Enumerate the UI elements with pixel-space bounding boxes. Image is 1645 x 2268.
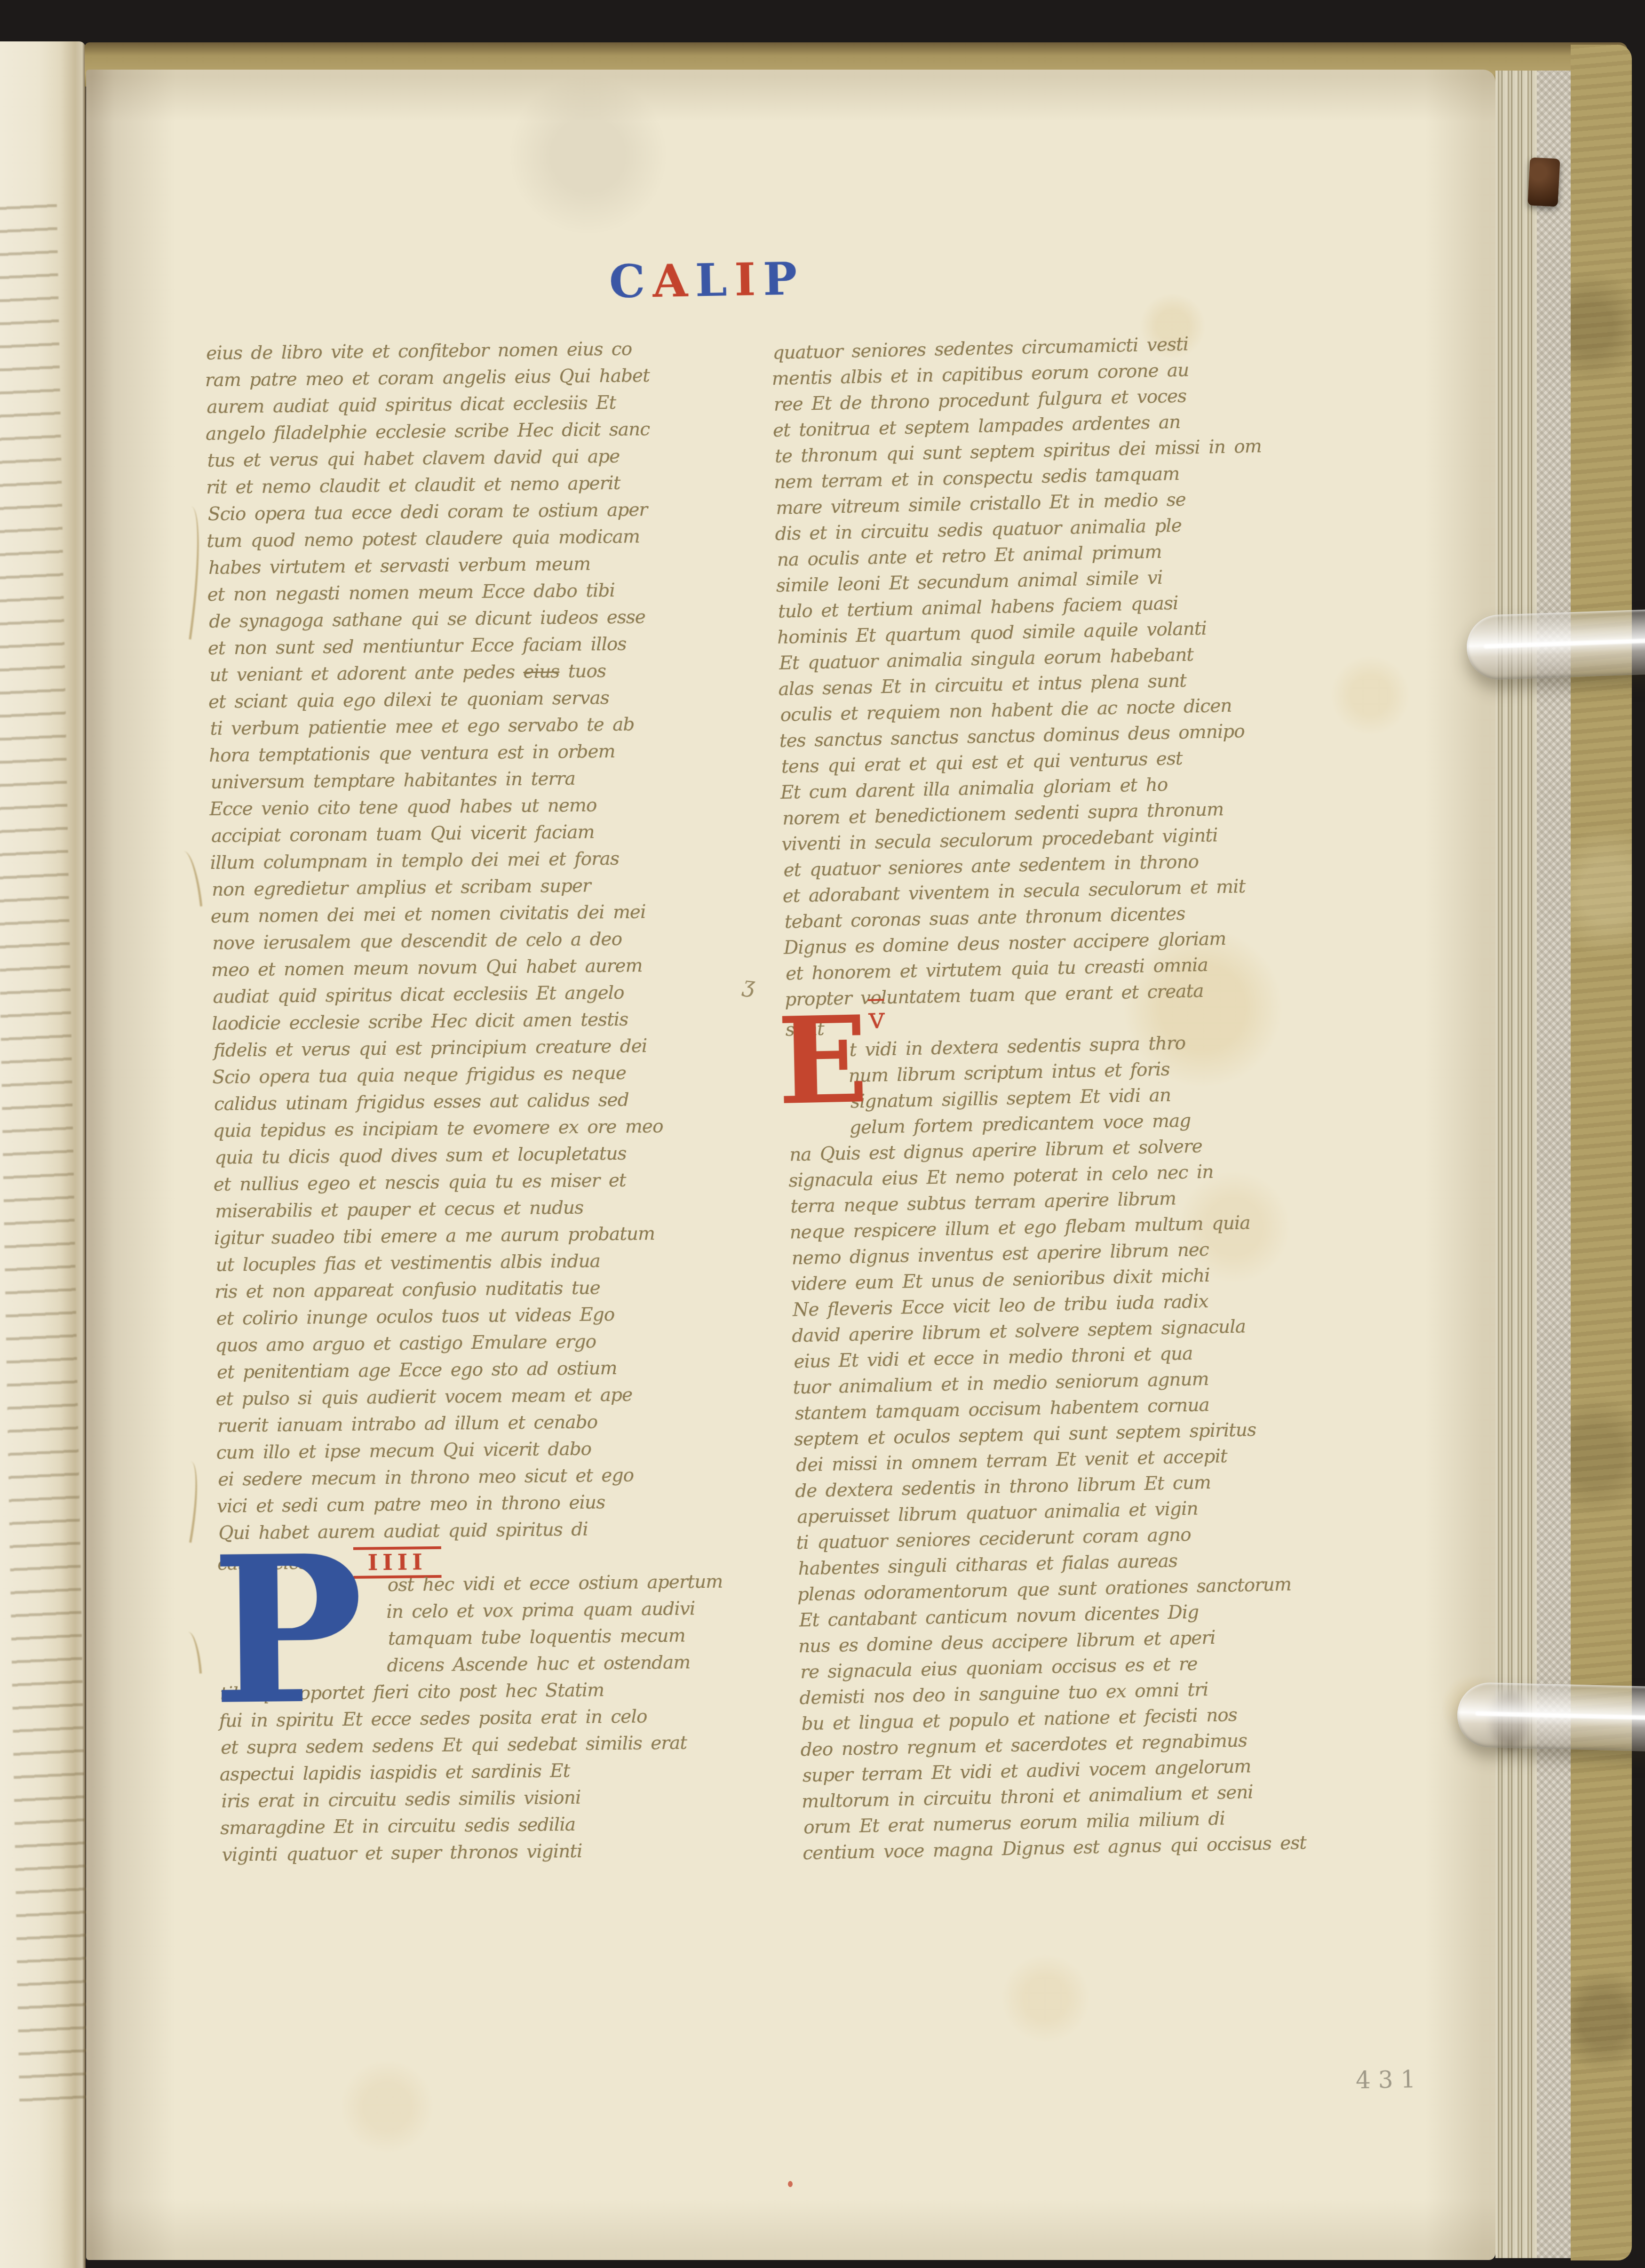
text-line: de synagoga sathane qui se dicunt iudeos… [209,603,722,635]
gutter-flourish [177,1462,205,1543]
red-ink-speck [788,2181,793,2187]
running-title-letter: C [609,259,645,304]
text-line: iris erat in circuitu sedis similis visi… [221,1783,734,1814]
text-line: habes virtutem et servasti verbum meum [208,549,722,581]
text-line: universum temptare habitantes in terra [211,764,724,796]
text-line: nove ierusalem que descendit de celo a d… [212,924,725,956]
gutter-flourish [184,850,202,907]
text-line: accipiat coronam tuam Qui vicerit faciam [211,817,724,849]
manuscript-page: CALIP eius de libro vite et confitebor n… [86,70,1495,2260]
gutter-flourish [173,507,210,640]
running-title-letter: P [763,256,797,302]
text-line: ut locuples fias et vestimentis albis in… [215,1246,729,1278]
text-line: et colirio inunge oculos tuos ut videas … [216,1300,729,1332]
running-title: CALIP [609,256,805,311]
text-line: eius de libro vite et confitebor nomen e… [206,335,719,367]
text-line: Scio opera tua ecce dedi coram te ostium… [208,496,721,528]
chapter-4-initial: P [210,1529,364,1733]
text-line: non egredietur amplius et scribam super [212,871,725,903]
text-line: ti verbum patientie mee et ego servabo t… [210,710,723,742]
text-line: fidelis et verus qui est principium crea… [214,1032,727,1064]
text-line: viginti quatuor et super thronos viginti [222,1836,735,1868]
page-block-fore-edge [1495,71,1537,2258]
folio-number: 431 [1356,2066,1423,2094]
previous-page-text-lines [0,196,90,2107]
chapter-5-initial: E [776,1001,868,1121]
text-line: aurem audiat quid spiritus dicat ecclesi… [207,389,720,421]
text-line: ei sedere mecum in throno meo sicut et e… [218,1461,731,1493]
struck-word: eius [523,661,559,683]
binding-textile-band [1537,71,1571,2258]
left-column: eius de libro vite et confitebor nomen e… [205,335,733,1869]
text-line: tus et verus qui habet clavem david qui … [207,442,720,474]
running-title-letter: L [695,257,727,303]
margin-paragraph-mark: ʒ [741,971,756,998]
text-line: miserabilis et pauper et cecus et nudus [215,1193,728,1225]
vellum-cover [1571,45,1632,2260]
right-column: quatuor seniores sedentes circumamicti v… [771,329,1330,1867]
running-title-letter: I [734,257,756,302]
text-line: ruerit ianuam intrabo ad illum et cenabo [217,1407,731,1439]
text-line: calidus utinam frigidus esses aut calidu… [214,1085,727,1117]
text-line: ut veniant et adorent ante pedes eius tu… [209,657,723,689]
running-title-letter: A [652,258,688,304]
glass-page-weight-rod-bottom [1456,1682,1645,1751]
glass-page-weight-rod-top [1466,609,1645,681]
text-line: quia tu dicis quod dives sum et locuplet… [215,1139,728,1171]
text-line: et penitentiam age Ecce ego sto ad ostiu… [217,1353,730,1385]
text-line: audiat quid spiritus dicat ecclesiis Et … [213,978,726,1010]
gutter-flourish [188,1631,202,1674]
chapter-5-number: v [868,1005,885,1031]
previous-page-edge [0,41,86,2268]
clasp-remnant [1527,157,1560,207]
